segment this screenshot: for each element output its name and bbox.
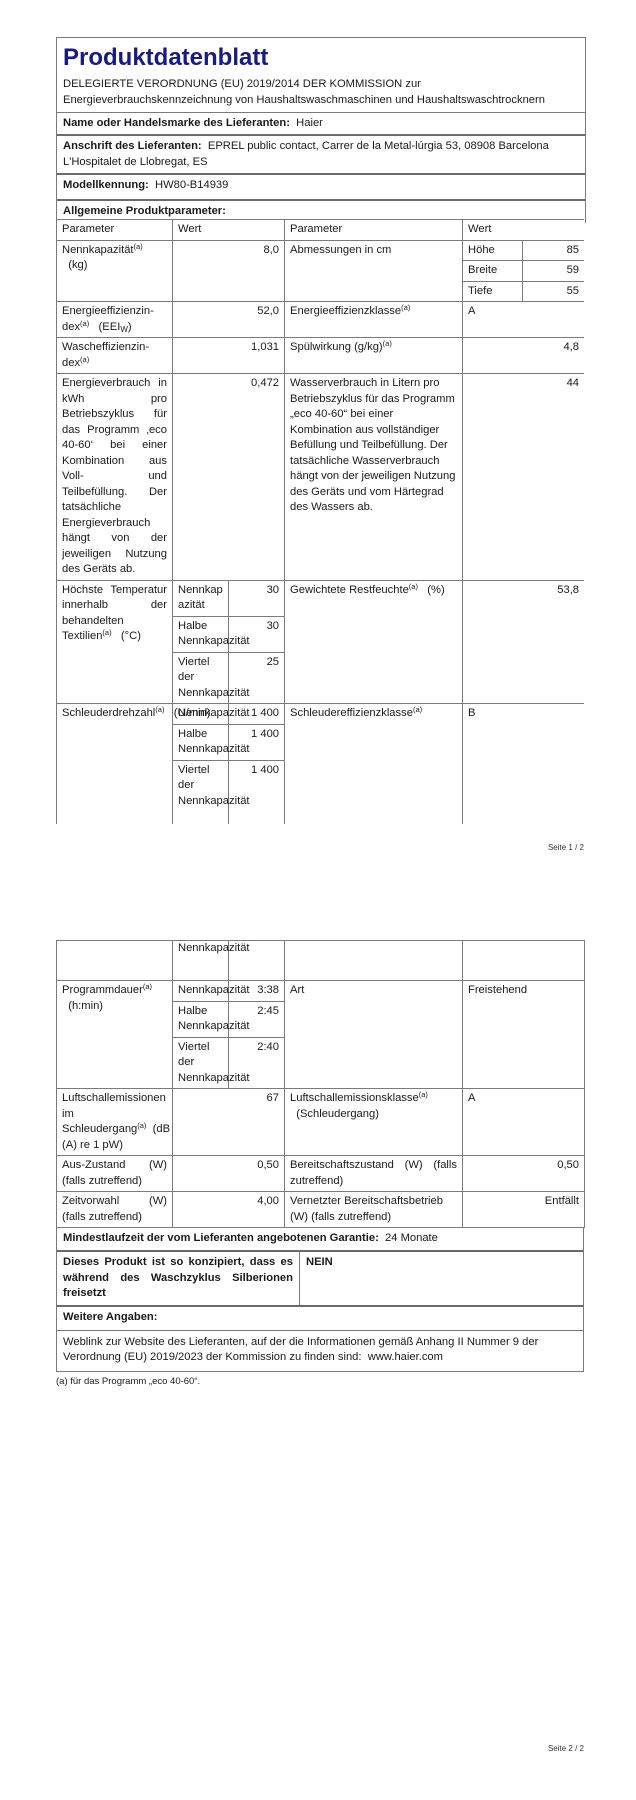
capacity-label: Nennkapazität(a) (kg) [57, 240, 173, 302]
energy-consumption-value: 0,472 [173, 374, 285, 581]
table-row: Luftschallemissionen im Schleudergang(a)… [57, 1089, 585, 1156]
duration-load-3: Viertel der Nennkapazität [173, 1037, 229, 1089]
warranty-value: 24 Monate [385, 1232, 438, 1244]
silver-row: Dieses Produkt ist so konzipiert, dass e… [57, 1252, 583, 1307]
warranty-label: Mindestlaufzeit der vom Lieferanten ange… [63, 1232, 379, 1244]
energy-consumption-label: Energieverbrauch in kWh pro Betriebszykl… [57, 374, 173, 581]
residual-moisture-label: Gewichtete Restfeuchte(a) (%) [285, 580, 463, 704]
page-title: Produktdatenblatt [57, 38, 585, 74]
wash-eff-value: 1,031 [173, 338, 285, 374]
supplier-address-row: Anschrift des Lieferanten: EPREL public … [57, 136, 585, 175]
supplier-address-value: EPREL public contact, Carrer de la Metal… [208, 140, 549, 152]
params-table-continued: Nennkapazität Programmdauer(a) (h:min) N… [56, 940, 585, 1228]
off-mode-value: 0,50 [173, 1156, 285, 1192]
width-value: 59 [523, 261, 584, 282]
rinse-label: Spülwirkung (g/kg)(a) [285, 338, 463, 374]
program-duration-label: Programmdauer(a) (h:min) [57, 981, 173, 1089]
height-value: 85 [523, 240, 584, 261]
water-consumption-value: 44 [463, 374, 584, 581]
supplier-address-value-2: L'Hospitalet de Llobregat, ES [63, 156, 208, 168]
silver-label: Dieses Produkt ist so konzipiert, dass e… [57, 1252, 300, 1305]
params-table: Parameter Wert Parameter Wert Nennkapazi… [56, 219, 584, 824]
delay-start-label: Zeitvorwahl (W) (falls zutreffend) [57, 1192, 173, 1228]
table-row: Wascheffizienzin-dex(a) 1,031 Spülwirkun… [57, 338, 585, 374]
noise-value: 67 [173, 1089, 285, 1156]
supplier-name-label: Name oder Handelsmarke des Lieferanten: [63, 117, 290, 129]
footnote: (a) für das Programm „eco 40-60“. [56, 1372, 584, 1387]
off-mode-label: Aus-Zustand (W) (falls zutreffend) [57, 1156, 173, 1192]
water-consumption-label: Wasserverbrauch in Litern pro Betriebszy… [285, 374, 463, 581]
model-label: Modellkennung: [63, 179, 149, 191]
supplier-name-value: Haier [296, 117, 323, 129]
spin-class-value: B [463, 704, 584, 825]
params-table-page2: Nennkapazität Programmdauer(a) (h:min) N… [56, 940, 584, 1387]
depth-value: 55 [523, 281, 584, 302]
type-value: Freistehend [463, 981, 585, 1089]
spin-load-2: Halbe Nennkapazität [173, 724, 229, 760]
table-row: Programmdauer(a) (h:min) Nennkapazität 3… [57, 981, 585, 1002]
supplier-address-label: Anschrift des Lieferanten: [63, 140, 202, 152]
max-temp-load-1: Nennkapazität [173, 580, 229, 616]
spin-value-3: 1 400 [229, 760, 285, 824]
noise-label: Luftschallemissionen im Schleudergang(a)… [57, 1089, 173, 1156]
capacity-value: 8,0 [173, 240, 285, 302]
header-parameter-2: Parameter [285, 220, 463, 241]
noise-class-value: A [463, 1089, 585, 1156]
eei-label: Energieeffizienzin-dex(a) (EEIW) [57, 302, 173, 338]
spin-speed-label: Schleuderdrehzahl(a) (U/min) [57, 704, 173, 825]
noise-class-label: Luftschallemissionsklasse(a) (Schleuderg… [285, 1089, 463, 1156]
networked-standby-value: Entfällt [463, 1192, 585, 1228]
table-row-continued: Nennkapazität [57, 941, 585, 981]
header-value: Wert [173, 220, 285, 241]
depth-label: Tiefe [463, 281, 523, 302]
table-row: Nennkapazität(a) (kg) 8,0 Abmessungen in… [57, 240, 585, 261]
spin-load-1: Nennkapazität [173, 704, 229, 725]
table-row: Höchste Temperatur innerhalb der behande… [57, 580, 585, 616]
rinse-value: 4,8 [463, 338, 584, 374]
energy-class-label: Energieeffizienzklasse(a) [285, 302, 463, 338]
dimensions-label: Abmessungen in cm [285, 240, 463, 302]
width-label: Breite [463, 261, 523, 282]
table-row: Zeitvorwahl (W) (falls zutreffend) 4,00 … [57, 1192, 585, 1228]
standby-value: 0,50 [463, 1156, 585, 1192]
spin-class-label: Schleudereffizienzklasse(a) [285, 704, 463, 825]
table-row: Aus-Zustand (W) (falls zutreffend) 0,50 … [57, 1156, 585, 1192]
weblink-url[interactable]: www.haier.com [368, 1351, 443, 1363]
weblink-text: Weblink zur Website des Lieferanten, auf… [63, 1336, 538, 1364]
title-section: Produktdatenblatt DELEGIERTE VERORDNUNG … [57, 38, 585, 113]
regulation-text: DELEGIERTE VERORDNUNG (EU) 2019/2014 DER… [57, 74, 585, 112]
table-header-row: Parameter Wert Parameter Wert [57, 220, 585, 241]
duration-load-1: Nennkapazität [173, 981, 229, 1002]
max-temp-value-1: 30 [229, 580, 285, 616]
duration-load-2: Halbe Nennkapazität [173, 1001, 229, 1037]
further-info-heading: Weitere Angaben: [57, 1307, 583, 1331]
residual-moisture-value: 53,8 [463, 580, 584, 704]
table-row: Schleuderdrehzahl(a) (U/min) Nennkapazit… [57, 704, 585, 725]
delay-start-value: 4,00 [173, 1192, 285, 1228]
energy-class-value: A [463, 302, 584, 338]
page-number-2: Seite 2 / 2 [548, 1744, 584, 1753]
type-label: Art [285, 981, 463, 1089]
spin-load-3: Viertel der Nennkapazität [173, 760, 229, 824]
warranty-row: Mindestlaufzeit der vom Lieferanten ange… [57, 1228, 583, 1252]
supplier-name-row: Name oder Handelsmarke des Lieferanten: … [57, 113, 585, 136]
params-table-page1: Parameter Wert Parameter Wert Nennkapazi… [56, 219, 584, 824]
page-1-header: Produktdatenblatt DELEGIERTE VERORDNUNG … [56, 37, 586, 223]
weblink-row: Weblink zur Website des Lieferanten, auf… [57, 1331, 583, 1372]
silver-value: NEIN [300, 1252, 339, 1305]
table-row: Energieeffizienzin-dex(a) (EEIW) 52,0 En… [57, 302, 585, 338]
wash-eff-label: Wascheffizienzin-dex(a) [57, 338, 173, 374]
model-value: HW80-B14939 [155, 179, 228, 191]
max-temp-load-2: Halbe Nennkapazität [173, 616, 229, 652]
header-value-2: Wert [463, 220, 584, 241]
height-label: Höhe [463, 240, 523, 261]
page-number-1: Seite 1 / 2 [548, 843, 584, 852]
header-parameter: Parameter [57, 220, 173, 241]
standby-label: Bereitschaftszustand (W) (falls zutreffe… [285, 1156, 463, 1192]
model-row: Modellkennung: HW80-B14939 [57, 175, 585, 201]
max-temp-load-3: Viertel der Nennkapazität [173, 652, 229, 704]
continued-load: Nennkapazität [173, 941, 229, 981]
page-2-footer-section: Mindestlaufzeit der vom Lieferanten ange… [56, 1228, 584, 1372]
networked-standby-label: Vernetzter Bereitschaftsbetrieb (W) (fal… [285, 1192, 463, 1228]
eei-value: 52,0 [173, 302, 285, 338]
table-row: Energieverbrauch in kWh pro Betriebszykl… [57, 374, 585, 581]
max-temp-label: Höchste Temperatur innerhalb der behande… [57, 580, 173, 704]
